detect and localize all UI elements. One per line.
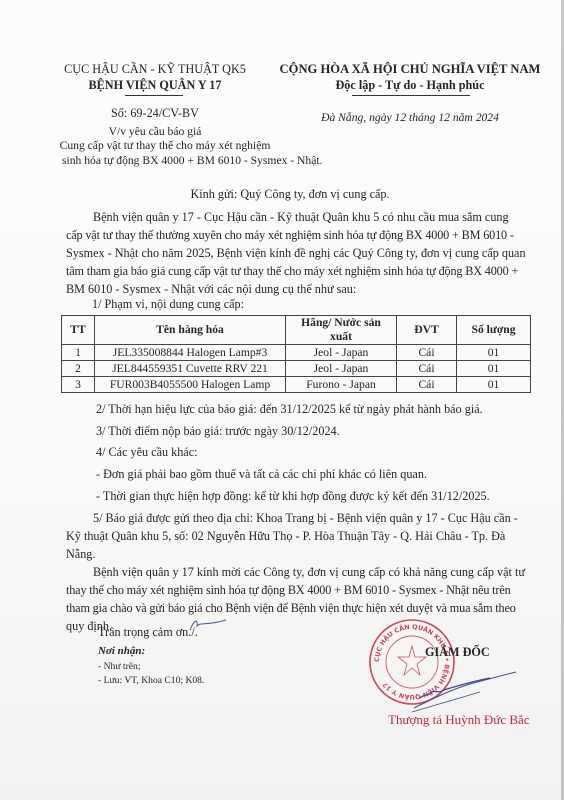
column-header-manufacturer: Hãng/ Nước sản xuất bbox=[286, 316, 397, 345]
cell-item-name: FUR003B4055500 Halogen Lamp bbox=[95, 377, 286, 393]
section-4-title: 4/ Các yêu cầu khác: bbox=[96, 445, 198, 460]
subject-line-2: Cung cấp vật tư thay thế cho máy xét ngh… bbox=[40, 139, 290, 152]
cell-index: 3 bbox=[62, 377, 95, 393]
closing-line: thay thế cho máy xét nghiệm sinh hóa tự … bbox=[66, 581, 532, 599]
section-1-title: 1/ Phạm vi, nội dung cung cấp: bbox=[92, 297, 244, 312]
table-row: 3 FUR003B4055500 Halogen Lamp Furono - J… bbox=[62, 377, 531, 393]
column-header-index: TT bbox=[62, 316, 95, 345]
cell-unit: Cái bbox=[397, 361, 457, 377]
signatory-title: GIÁM ĐỐC bbox=[425, 645, 490, 660]
initial-signature-mark bbox=[188, 616, 228, 636]
column-header-unit: ĐVT bbox=[397, 316, 457, 345]
motto-underline bbox=[352, 95, 470, 96]
document-page: CỤC HẬU CẦN - KỸ THUẬT QK5 BỆNH VIỆN QUÂ… bbox=[0, 0, 564, 800]
column-header-item-name: Tên hàng hóa bbox=[95, 316, 286, 345]
cell-quantity: 01 bbox=[457, 361, 531, 377]
recipient-item: - Lưu: VT, Khoa C10; K08. bbox=[98, 675, 204, 686]
section-5-address: 5/ Báo giá được gửi theo địa chỉ: Khoa T… bbox=[66, 509, 532, 563]
section-4-item: - Đơn giá phải bao gồm thuế và tất cả cá… bbox=[96, 467, 427, 482]
cell-quantity: 01 bbox=[457, 345, 531, 361]
document-number: Số: 69-24/CV-BV bbox=[40, 106, 270, 121]
place-and-date: Đà Nẵng, ngày 12 tháng 12 năm 2024 bbox=[268, 111, 552, 124]
subject-line-1: V/v yêu cầu báo giá bbox=[40, 125, 270, 138]
intro-line: cấp vật tư thay thế thường xuyên cho máy… bbox=[66, 226, 532, 244]
cell-manufacturer: Jeol - Japan bbox=[286, 345, 397, 361]
thanks-line: Trân trọng cảm ơn./. bbox=[98, 625, 198, 640]
recipients-title: Nơi nhận: bbox=[98, 645, 145, 657]
address-line: Kỹ thuật Quân khu 5, số: 02 Nguyễn Hữu T… bbox=[66, 527, 532, 545]
cell-manufacturer: Jeol - Japan bbox=[286, 361, 397, 377]
agency-name: CỤC HẬU CẦN - KỸ THUẬT QK5 bbox=[40, 62, 270, 77]
address-line: 5/ Báo giá được gửi theo địa chỉ: Khoa T… bbox=[66, 509, 532, 527]
organization-name: BỆNH VIỆN QUÂN Y 17 bbox=[40, 78, 270, 93]
table-row: 2 JEL844559351 Cuvette RRV 221 Jeol - Ja… bbox=[62, 361, 531, 377]
intro-line: Bệnh viện quân y 17 - Cục Hậu cần - Kỹ t… bbox=[66, 208, 532, 226]
closing-line: tham gia chào và gửi báo giá cho Bệnh vi… bbox=[66, 599, 532, 617]
cell-item-name: JEL335008844 Halogen Lamp#3 bbox=[95, 345, 286, 361]
organization-underline bbox=[125, 95, 183, 96]
cell-manufacturer: Furono - Japan bbox=[286, 377, 397, 393]
cell-quantity: 01 bbox=[457, 377, 531, 393]
cell-unit: Cái bbox=[397, 345, 457, 361]
national-motto: Độc lập - Tự do - Hạnh phúc bbox=[268, 78, 552, 93]
handwritten-signature bbox=[410, 670, 520, 715]
section-4-item: - Thời gian thực hiện hợp đồng: kể từ kh… bbox=[96, 489, 490, 504]
salutation: Kính gửi: Quý Công ty, đơn vị cung cấp. bbox=[40, 187, 540, 202]
section-3-deadline: 3/ Thời điểm nộp báo giá: trước ngày 30/… bbox=[96, 424, 340, 439]
cell-item-name: JEL844559351 Cuvette RRV 221 bbox=[95, 361, 286, 377]
intro-line: tâm tham gia báo giá cung cấp vật tư tha… bbox=[66, 262, 532, 280]
table-header-row: TT Tên hàng hóa Hãng/ Nước sản xuất ĐVT … bbox=[62, 316, 531, 345]
country-name: CỘNG HÒA XÃ HỘI CHỦ NGHĨA VIỆT NAM bbox=[268, 62, 552, 77]
supply-items-table: TT Tên hàng hóa Hãng/ Nước sản xuất ĐVT … bbox=[61, 315, 531, 393]
signatory-name: Thượng tá Huỳnh Đức Bắc bbox=[388, 712, 530, 728]
intro-line: Sysmex - Nhật cho năm 2025, Bệnh viện kí… bbox=[66, 244, 532, 262]
column-header-quantity: Số lượng bbox=[457, 316, 531, 345]
recipient-item: - Như trên; bbox=[98, 661, 141, 672]
intro-paragraph: Bệnh viện quân y 17 - Cục Hậu cần - Kỹ t… bbox=[66, 208, 532, 298]
section-2-validity: 2/ Thời hạn hiệu lực của báo giá: đến 31… bbox=[96, 402, 483, 417]
cell-index: 1 bbox=[62, 345, 95, 361]
subject-line-3: sinh hóa tự động BX 4000 + BM 6010 - Sys… bbox=[62, 154, 322, 167]
cell-unit: Cái bbox=[397, 377, 457, 393]
cell-index: 2 bbox=[62, 361, 95, 377]
closing-line: Bệnh viện quân y 17 kính mời các Công ty… bbox=[66, 563, 532, 581]
address-line: Nẵng. bbox=[66, 545, 532, 563]
intro-line: BM 6010 - Sysmex - Nhật với các nội dung… bbox=[66, 280, 532, 298]
table-row: 1 JEL335008844 Halogen Lamp#3 Jeol - Jap… bbox=[62, 345, 531, 361]
